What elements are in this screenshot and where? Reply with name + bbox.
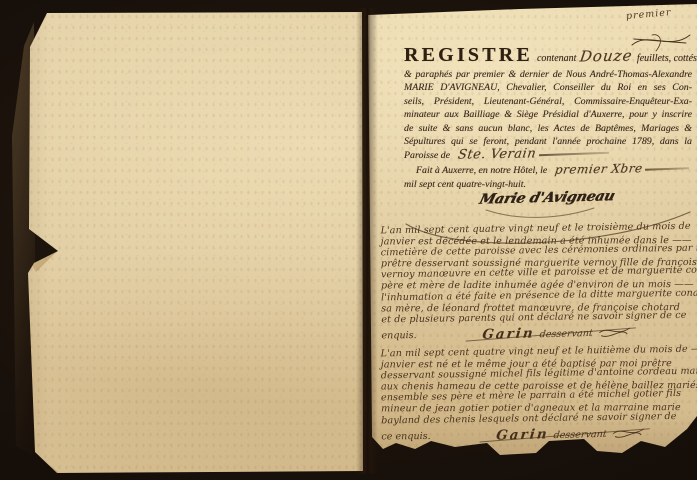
entry-closing: enquis. (381, 330, 416, 341)
flourish-rule (539, 152, 609, 156)
entry-closing-row: ce enquis. Garin desservant (381, 424, 697, 443)
printed-line: seils, Président, Lieutenant-Général, Co… (404, 95, 692, 108)
garin-signature: Garin desservant (496, 423, 648, 443)
entry-line: L'an mil sept cent quatre vingt neuf et … (381, 344, 697, 360)
printed-register-header: REGISTRE contenant Douze feuillets, cott… (404, 44, 692, 191)
baptism-act-entry: L'an mil sept cent quatre vingt neuf et … (381, 346, 697, 443)
contenant-label: contenant (537, 53, 576, 64)
after-count-label: feuillets, cottés (637, 53, 697, 64)
paroisse-row: Paroisse de Ste. Verain (404, 148, 692, 163)
fait-row: Fait à Auxerre, en notre Hôtel, le premi… (404, 163, 692, 178)
printed-line: & paraphés par premier & dernier de Nous… (404, 68, 692, 81)
register-title: REGISTRE (404, 44, 533, 66)
paroisse-handwritten-value: Ste. Verain (457, 148, 537, 163)
entry-closing-row: enquis. Garin desservant (381, 323, 697, 342)
printed-line: Sépultures qui se feront, pendant l'anné… (404, 135, 692, 148)
burial-act-entry: L'an mil sept cent quatre vingt neuf et … (380, 223, 697, 343)
printed-line: MARIE D'AVIGNEAU, Chevalier, Conseiller … (404, 81, 692, 94)
handwritten-folio-count: Douze (579, 47, 634, 66)
printed-line: de suite & sans aucun blanc, les Actes d… (404, 122, 692, 135)
paroisse-label: Paroisse de (404, 150, 450, 161)
register-scan-spread: premier REGISTRE contenant Douze feuille… (0, 0, 697, 480)
printed-line: minateur aux Bailliage & Siège Présidial… (404, 108, 692, 121)
folded-corner-flap (33, 448, 59, 474)
signature-swirl-icon (597, 324, 633, 339)
signature-swirl-icon (611, 424, 647, 439)
flourish-rule (645, 167, 689, 170)
entry-closing: ce enquis. (381, 431, 430, 442)
folio-annotation: premier (626, 7, 672, 22)
register-title-row: REGISTRE contenant Douze feuillets, cott… (404, 44, 692, 68)
garin-signature: Garin desservant (482, 323, 634, 343)
fait-handwritten-value: premier Xbre (554, 162, 644, 177)
entry-line: L'an mil sept cent quatre vingt neuf et … (380, 221, 696, 237)
avigneau-signature: Marie d'Avigneau (477, 188, 616, 207)
fait-label: Fait à Auxerre, en notre Hôtel, le (416, 165, 547, 176)
